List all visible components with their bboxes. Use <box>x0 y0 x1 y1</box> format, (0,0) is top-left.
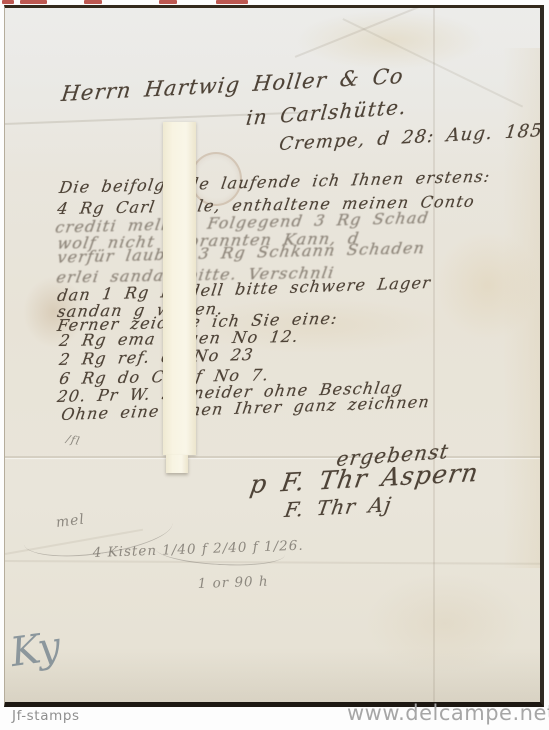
letter-paper: Herrn Hartwig Holler & Co in Carlshütte.… <box>4 5 544 707</box>
red-edge-dash <box>84 0 102 4</box>
red-edge-dash <box>20 0 47 4</box>
pencil-note: /fl <box>65 432 82 448</box>
repair-strip-end <box>166 455 188 473</box>
pencil-note: 1 or 90 h <box>197 574 268 592</box>
red-edge-dash <box>2 0 14 4</box>
stain <box>365 573 525 673</box>
watermark-seller: Jf-stamps <box>12 708 80 724</box>
fold-crease-diagonal <box>343 18 523 107</box>
signature: F. Thr Aj <box>283 492 394 522</box>
watermark-delcampe: www.delcampe.net <box>347 701 549 725</box>
scan-shadow-band <box>5 648 540 702</box>
recipient-line: in Carlshütte. <box>245 95 408 130</box>
fold-crease-horizontal <box>5 456 540 458</box>
red-edge-dash <box>159 0 177 4</box>
fold-crease-vertical <box>433 8 435 702</box>
fold-crease-lower <box>5 560 540 565</box>
stain <box>295 10 485 70</box>
pencil-note: mel <box>55 512 86 531</box>
fold-crease-diagonal <box>295 5 509 57</box>
collector-mark: Ky <box>8 623 64 676</box>
scanned-letter-photo: Herrn Hartwig Holler & Co in Carlshütte.… <box>0 0 549 730</box>
red-edge-dash <box>216 0 248 4</box>
pencil-note: 4 Kisten 1/40 f 2/40 f 1/26. <box>92 538 303 561</box>
stain <box>435 230 540 340</box>
